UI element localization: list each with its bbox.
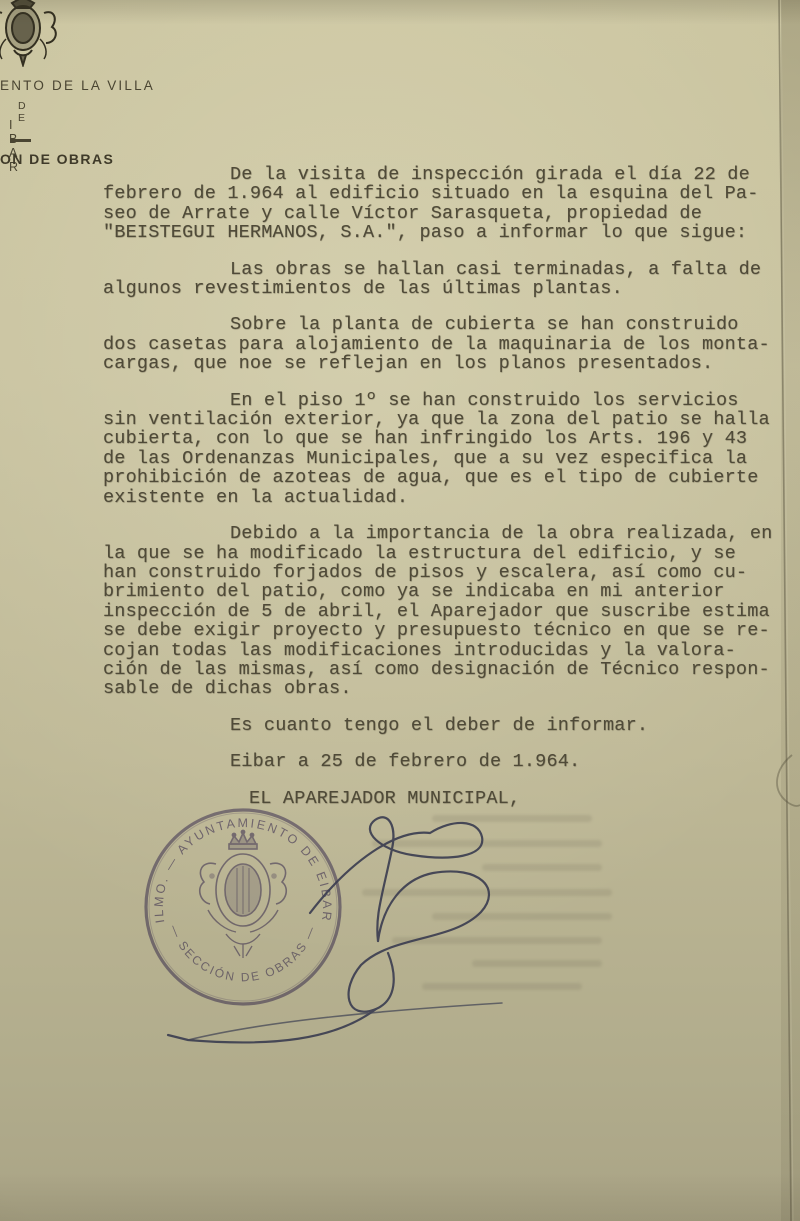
paragraph-5: Debido a la importancia de la obra reali… — [103, 524, 798, 699]
typed-line: brimiento del patio, como ya se indicaba… — [103, 582, 798, 601]
paragraph-4: En el piso 1º se han construido los serv… — [103, 391, 798, 507]
typed-line: algunos revestimientos de las últimas pl… — [103, 279, 798, 298]
typed-line: han construido forjados de pisos y escal… — [103, 563, 798, 582]
typed-line: cojan todas las modificaciones introduci… — [103, 641, 798, 660]
paragraph-3: Sobre la planta de cubierta se han const… — [103, 315, 798, 373]
typed-line: seo de Arrate y calle Víctor Sarasqueta,… — [103, 204, 798, 223]
typed-line: De la visita de inspección girada el día… — [103, 165, 798, 184]
typed-line: cargas, que noe se reflejan en los plano… — [103, 354, 798, 373]
typed-line: de las Ordenanzas Municipales, que a su … — [103, 449, 798, 468]
date-line: Eibar a 25 de febrero de 1.964. — [103, 752, 798, 771]
typed-line: cubierta, con lo que se han infringido l… — [103, 429, 798, 448]
typed-line: la que se ha modificado la estructura de… — [103, 544, 798, 563]
closing-line: Es cuanto tengo el deber de informar. — [103, 716, 798, 735]
typed-line: prohibición de azoteas de agua, que es e… — [103, 468, 798, 487]
date-paragraph: Eibar a 25 de febrero de 1.964. — [103, 752, 798, 771]
typed-line: Sobre la planta de cubierta se han const… — [103, 315, 798, 334]
letterhead-dept-line: ON DE OBRAS — [0, 151, 114, 167]
typed-line: Debido a la importancia de la obra reali… — [103, 524, 798, 543]
typed-line: "BEISTEGUI HERMANOS, S.A.", paso a infor… — [103, 223, 798, 242]
typed-line: dos casetas para alojamiento de la maqui… — [103, 335, 798, 354]
typed-line: ción de las mismas, así como designación… — [103, 660, 798, 679]
typed-line: sable de dichas obras. — [103, 679, 798, 698]
typed-line: existente en la actualidad. — [103, 488, 798, 507]
page-edge-shading — [781, 0, 800, 1221]
typed-line: se debe exigir proyecto y presupuesto té… — [103, 621, 798, 640]
scanned-document-page: ENTO DE LA VILLA D E I B A R ON DE OBRAS… — [0, 0, 800, 1221]
letterhead-org-line: ENTO DE LA VILLA — [0, 78, 155, 93]
handwritten-signature — [150, 795, 510, 1050]
typed-line: sin ventilación exterior, ya que la zona… — [103, 410, 798, 429]
closing-paragraph: Es cuanto tengo el deber de informar. — [103, 716, 798, 735]
paragraph-2: Las obras se hallan casi terminadas, a f… — [103, 260, 798, 299]
letterhead-divider — [10, 139, 31, 142]
document-body: De la visita de inspección girada el día… — [103, 165, 798, 825]
letterhead-crest-icon — [0, 0, 62, 67]
typed-line: En el piso 1º se han construido los serv… — [103, 391, 798, 410]
typed-line: febrero de 1.964 al edificio situado en … — [103, 184, 798, 203]
typed-line: Las obras se hallan casi terminadas, a f… — [103, 260, 798, 279]
paragraph-1: De la visita de inspección girada el día… — [103, 165, 798, 243]
typed-line: inspección de 5 de abril, el Aparejador … — [103, 602, 798, 621]
